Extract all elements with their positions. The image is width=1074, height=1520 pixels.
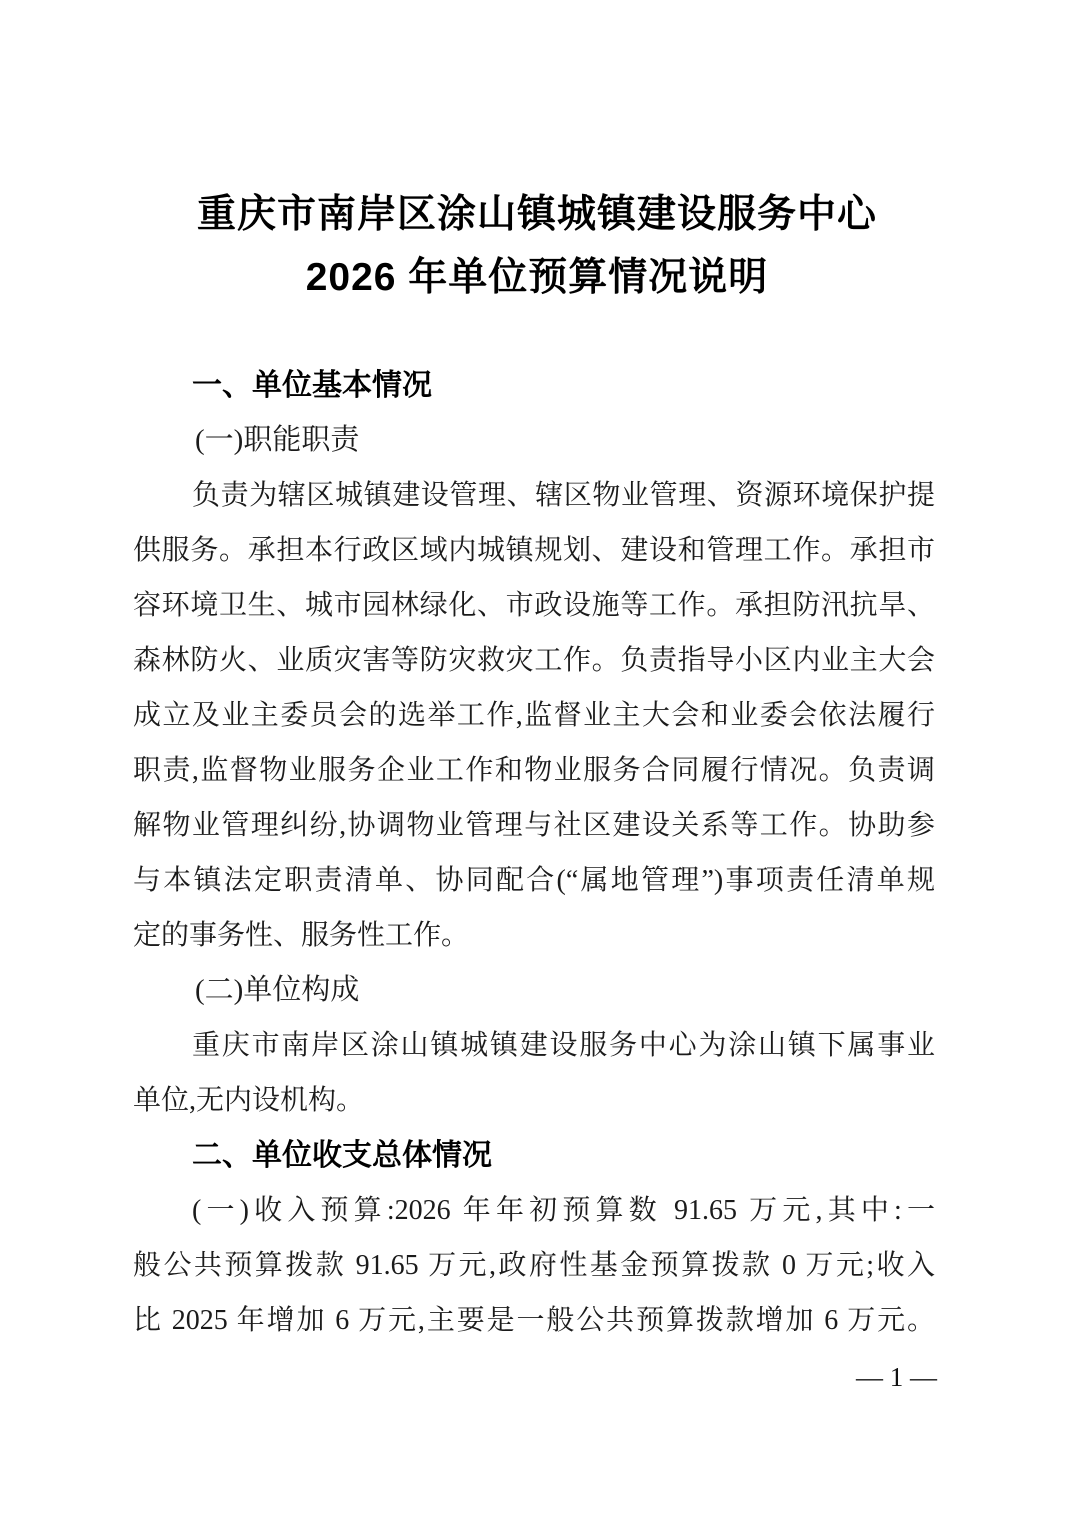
text-line: 森林防火、业质灾害等防灾救灾工作。负责指导小区内业主大会 xyxy=(133,633,935,688)
text-line: 单位,无内设机构。 xyxy=(133,1073,935,1128)
text-line: 比 2025 年增加 6 万元,主要是一般公共预算拨款增加 6 万元。 xyxy=(133,1293,935,1348)
document-title-line2: 2026 年单位预算情况说明 xyxy=(0,246,1074,309)
document-title-line1: 重庆市南岸区涂山镇城镇建设服务中心 xyxy=(0,183,1074,246)
text-line: 职责,监督物业服务企业工作和物业服务合同履行情况。负责调 xyxy=(133,743,935,798)
text-line: 般公共预算拨款 91.65 万元,政府性基金预算拨款 0 万元;收入 xyxy=(133,1238,935,1293)
document-title: 重庆市南岸区涂山镇城镇建设服务中心 2026 年单位预算情况说明 xyxy=(0,0,1074,309)
text-line: 供服务。承担本行政区域内城镇规划、建设和管理工作。承担市 xyxy=(133,523,935,578)
section-1-heading: 一、单位基本情况 xyxy=(133,358,935,413)
text-line: 重庆市南岸区涂山镇城镇建设服务中心为涂山镇下属事业 xyxy=(133,1018,935,1073)
page-number: — 1 — xyxy=(0,1357,937,1397)
text-line: 负责为辖区城镇建设管理、辖区物业管理、资源环境保护提 xyxy=(133,468,935,523)
text-line: 与本镇法定职责清单、协同配合(“属地管理”)事项责任清单规 xyxy=(133,853,935,908)
document-body: 一、单位基本情况 (一)职能职责 负责为辖区城镇建设管理、辖区物业管理、资源环境… xyxy=(133,358,935,1348)
section-1-sub-1-heading: (一)职能职责 xyxy=(133,413,935,468)
text-line: 容环境卫生、城市园林绿化、市政设施等工作。承担防汛抗旱、 xyxy=(133,578,935,633)
text-line: 成立及业主委员会的选举工作,监督业主大会和业委会依法履行 xyxy=(133,688,935,743)
section-2-heading: 二、单位收支总体情况 xyxy=(133,1128,935,1183)
text-line: 解物业管理纠纷,协调物业管理与社区建设关系等工作。协助参 xyxy=(133,798,935,853)
document-page: 重庆市南岸区涂山镇城镇建设服务中心 2026 年单位预算情况说明 一、单位基本情… xyxy=(0,0,1074,1520)
income-budget-paragraph: (一)收入预算:2026 年年初预算数 91.65 万元,其中:一般公共预算拨款… xyxy=(133,1183,935,1348)
text-line: (一)收入预算:2026 年年初预算数 91.65 万元,其中:一 xyxy=(133,1183,935,1238)
section-1-sub-2-heading: (二)单位构成 xyxy=(133,963,935,1018)
text-line: 定的事务性、服务性工作。 xyxy=(133,908,935,963)
unit-composition-paragraph: 重庆市南岸区涂山镇城镇建设服务中心为涂山镇下属事业单位,无内设机构。 xyxy=(133,1018,935,1128)
functions-duties-paragraph: 负责为辖区城镇建设管理、辖区物业管理、资源环境保护提供服务。承担本行政区域内城镇… xyxy=(133,468,935,963)
